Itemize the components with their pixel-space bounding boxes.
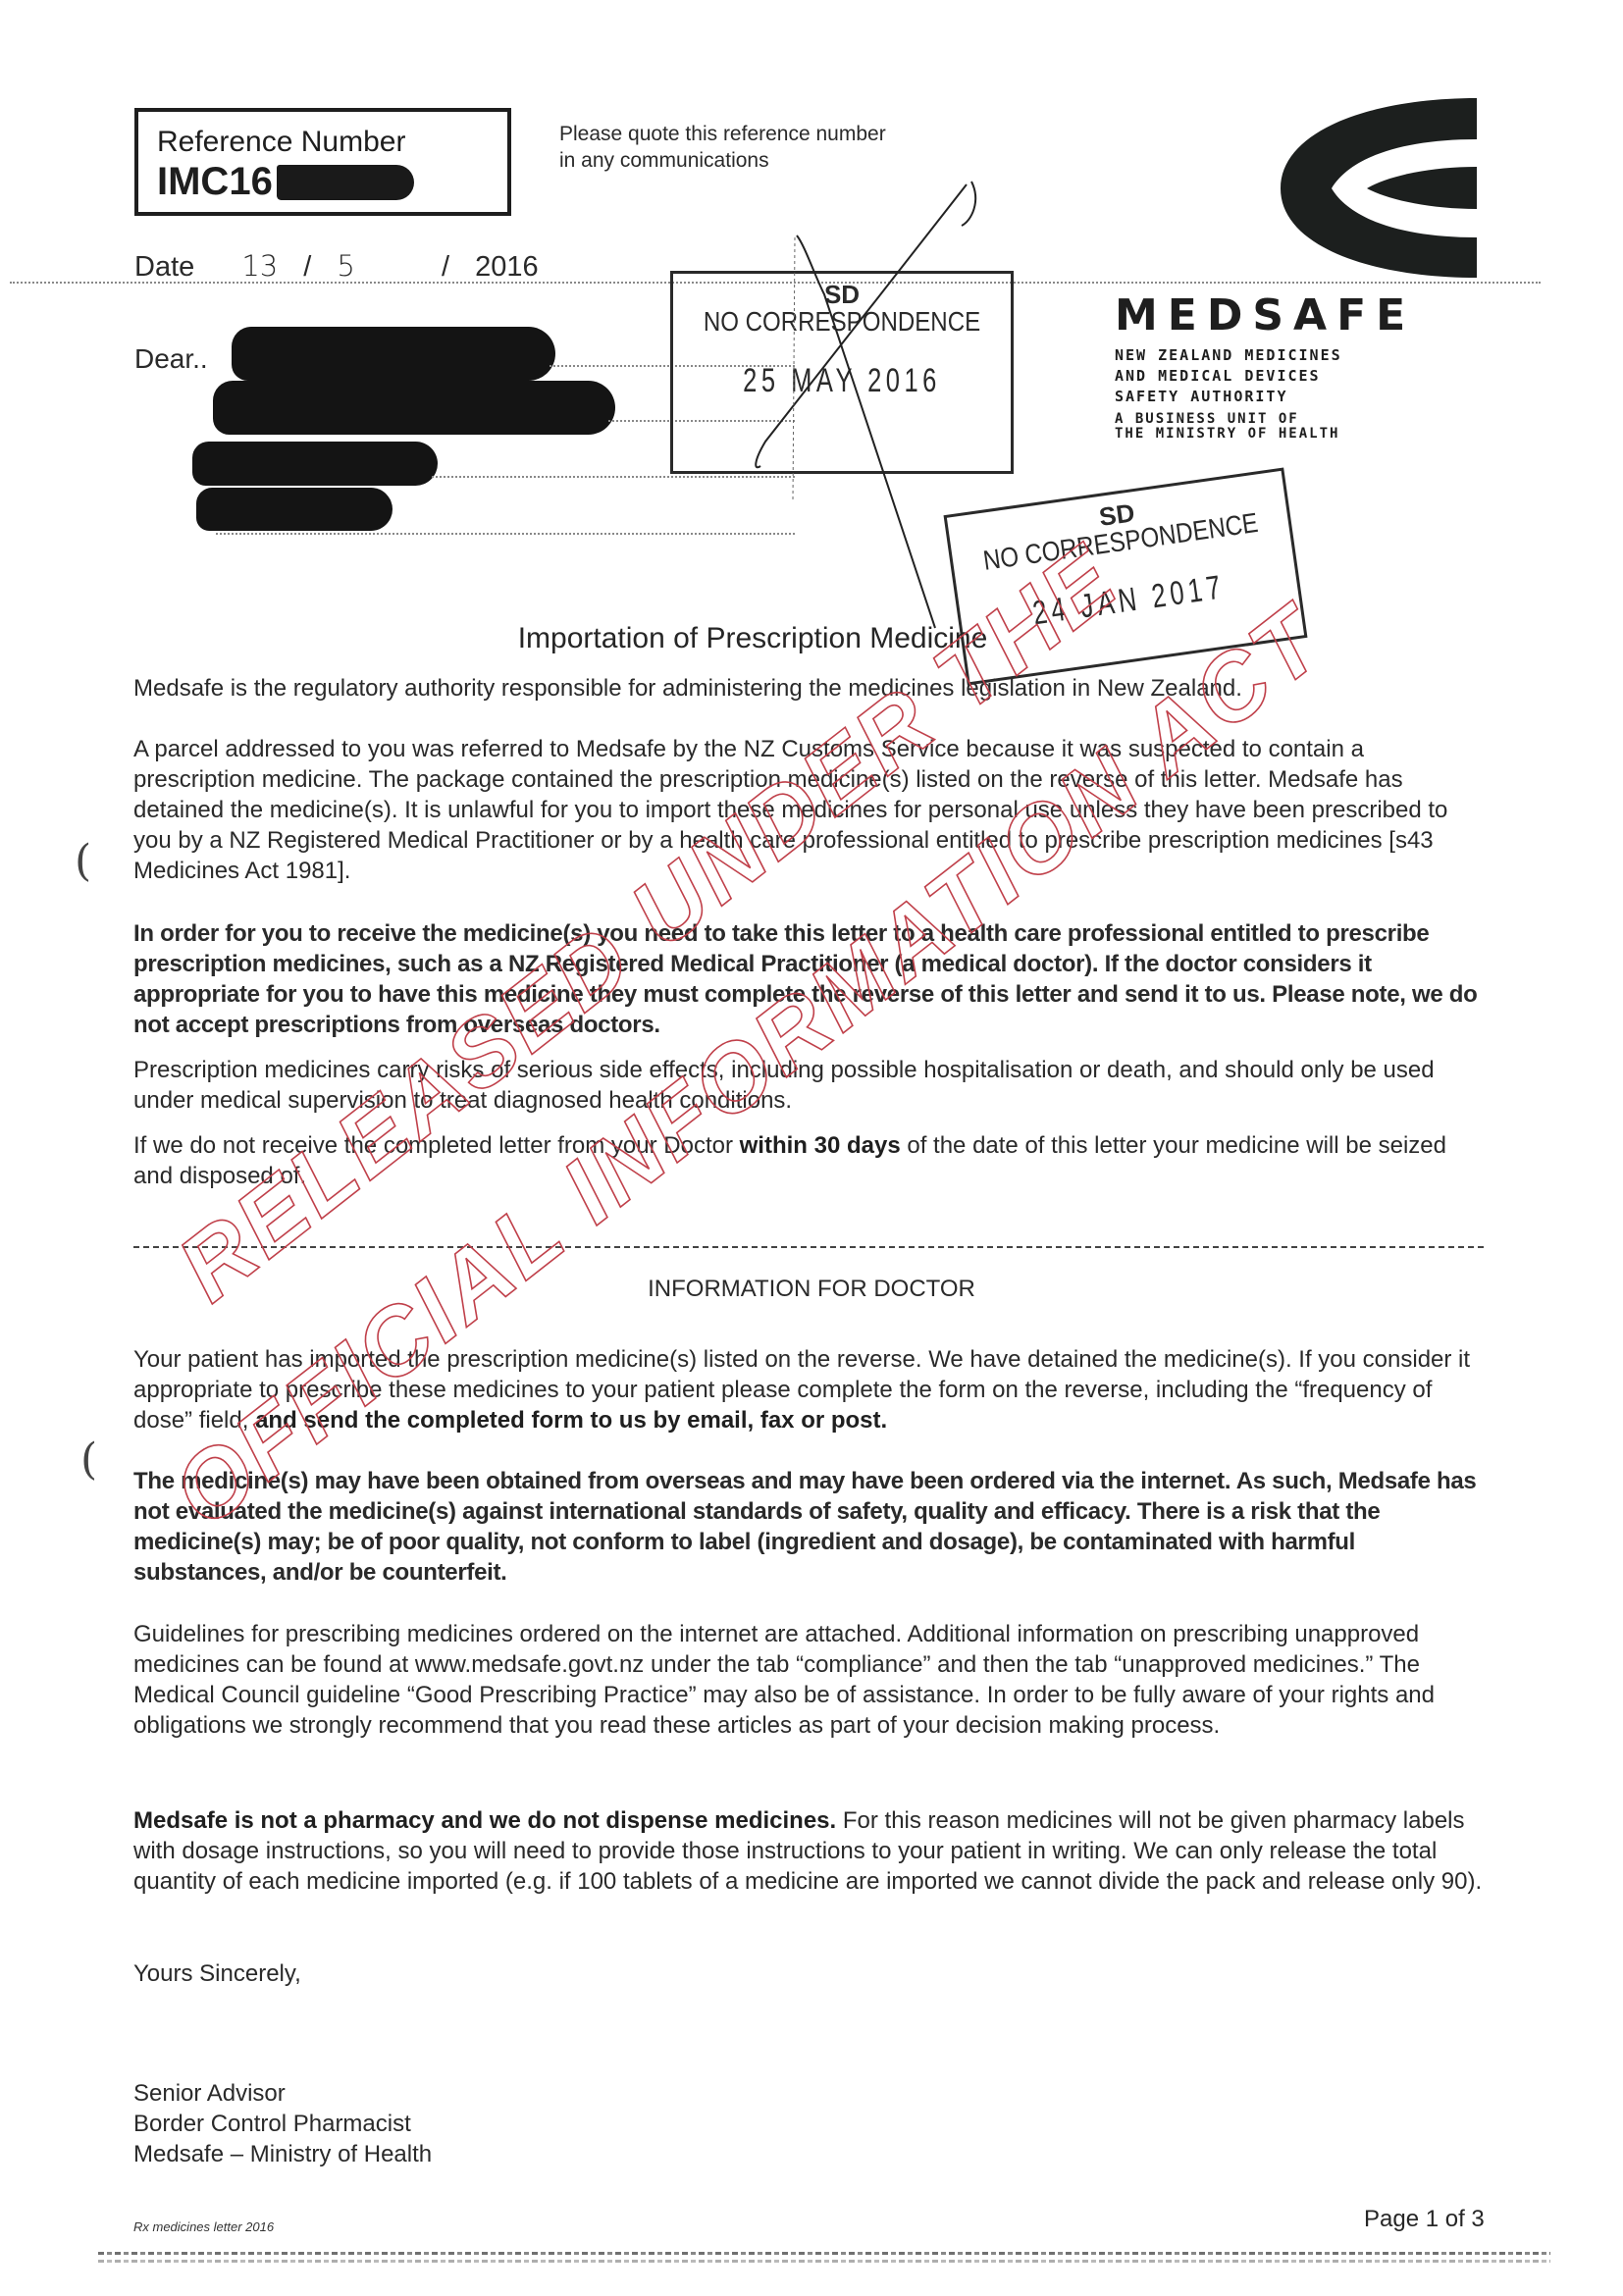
medsafe-logo-icon [1281,98,1477,278]
signature-line: Medsafe – Ministry of Health [133,2139,1484,2169]
doctor-paragraph-3: Guidelines for prescribing medicines ord… [133,1619,1484,1741]
margin-bracket-mark: ( [75,836,91,886]
signature-block: Senior Advisor Border Control Pharmacist… [133,2078,1484,2169]
parcel-paragraph: A parcel addressed to you was referred t… [133,734,1484,886]
doctor-paragraph-1: Your patient has imported the prescripti… [133,1344,1484,1435]
quote-note-line: in any communications [559,147,886,174]
doctor-bold: and send the completed form to us by ema… [255,1407,887,1434]
letter-title-text: Importation of Prescription Medicine [518,622,988,654]
intro-paragraph: Medsafe is the regulatory authority resp… [133,673,1484,704]
redaction-block [192,442,438,486]
address-dotted-line [432,476,795,478]
redaction-block [277,165,414,200]
redaction-block [213,381,615,435]
logo-unit-line: A BUSINESS UNIT OF [1115,412,1339,427]
logo-subtitle: NEW ZEALAND MEDICINES AND MEDICAL DEVICE… [1115,345,1342,407]
scan-artifact-line [98,2252,1550,2255]
quote-note-line: Please quote this reference number [559,121,886,147]
deadline-text: If we do not receive the completed lette… [133,1132,740,1159]
signature-line: Border Control Pharmacist [133,2109,1484,2139]
valediction: Yours Sincerely, [133,1958,1484,1989]
redaction-block [196,488,393,531]
page-number: Page 1 of 3 [1364,2206,1485,2233]
letter-title: Importation of Prescription Medicine [0,622,1623,655]
date-year: 2016 [475,251,539,284]
doctor-section-heading: INFORMATION FOR DOCTOR [0,1276,1623,1303]
address-dotted-line [216,533,795,535]
section-divider [133,1246,1484,1248]
reference-number: IMC16 [157,160,414,204]
redaction-block [232,327,555,381]
instructions-paragraph: In order for you to receive the medicine… [133,918,1484,1040]
date-label: Date [134,251,194,284]
logo-unit: A BUSINESS UNIT OF THE MINISTRY OF HEALT… [1115,412,1339,442]
date-day: 13 [241,249,278,283]
logo-subtitle-line: SAFETY AUTHORITY [1115,387,1342,407]
risks-paragraph: Prescription medicines carry risks of se… [133,1055,1484,1116]
doctor-paragraph-4: Medsafe is not a pharmacy and we do not … [133,1805,1484,1897]
date-row: Date 13 / 5 / 2016 [134,249,539,284]
logo-subtitle-line: AND MEDICAL DEVICES [1115,366,1342,387]
reference-label: Reference Number [157,126,405,159]
medsafe-wordmark: MEDSAFE [1115,290,1415,340]
quote-note: Please quote this reference number in an… [559,121,886,174]
scan-artifact-line [98,2260,1550,2263]
deadline-paragraph: If we do not receive the completed lette… [133,1130,1484,1191]
date-month: 5 [337,249,354,283]
reference-prefix: IMC16 [157,160,273,204]
salutation: Dear.. [134,343,208,375]
signature-line: Senior Advisor [133,2078,1484,2109]
document-code: Rx medicines letter 2016 [133,2219,274,2234]
logo-unit-line: THE MINISTRY OF HEALTH [1115,427,1339,442]
deadline-bold: within 30 days [740,1132,901,1159]
doctor-paragraph-2: The medicine(s) may have been obtained f… [133,1466,1484,1588]
margin-bracket-mark: ( [80,1435,97,1485]
logo-subtitle-line: NEW ZEALAND MEDICINES [1115,345,1342,366]
cross-out-mark-icon [746,177,981,638]
date-separator: / [442,251,449,284]
date-separator: / [303,251,311,284]
doctor-bold: Medsafe is not a pharmacy and we do not … [133,1807,836,1834]
